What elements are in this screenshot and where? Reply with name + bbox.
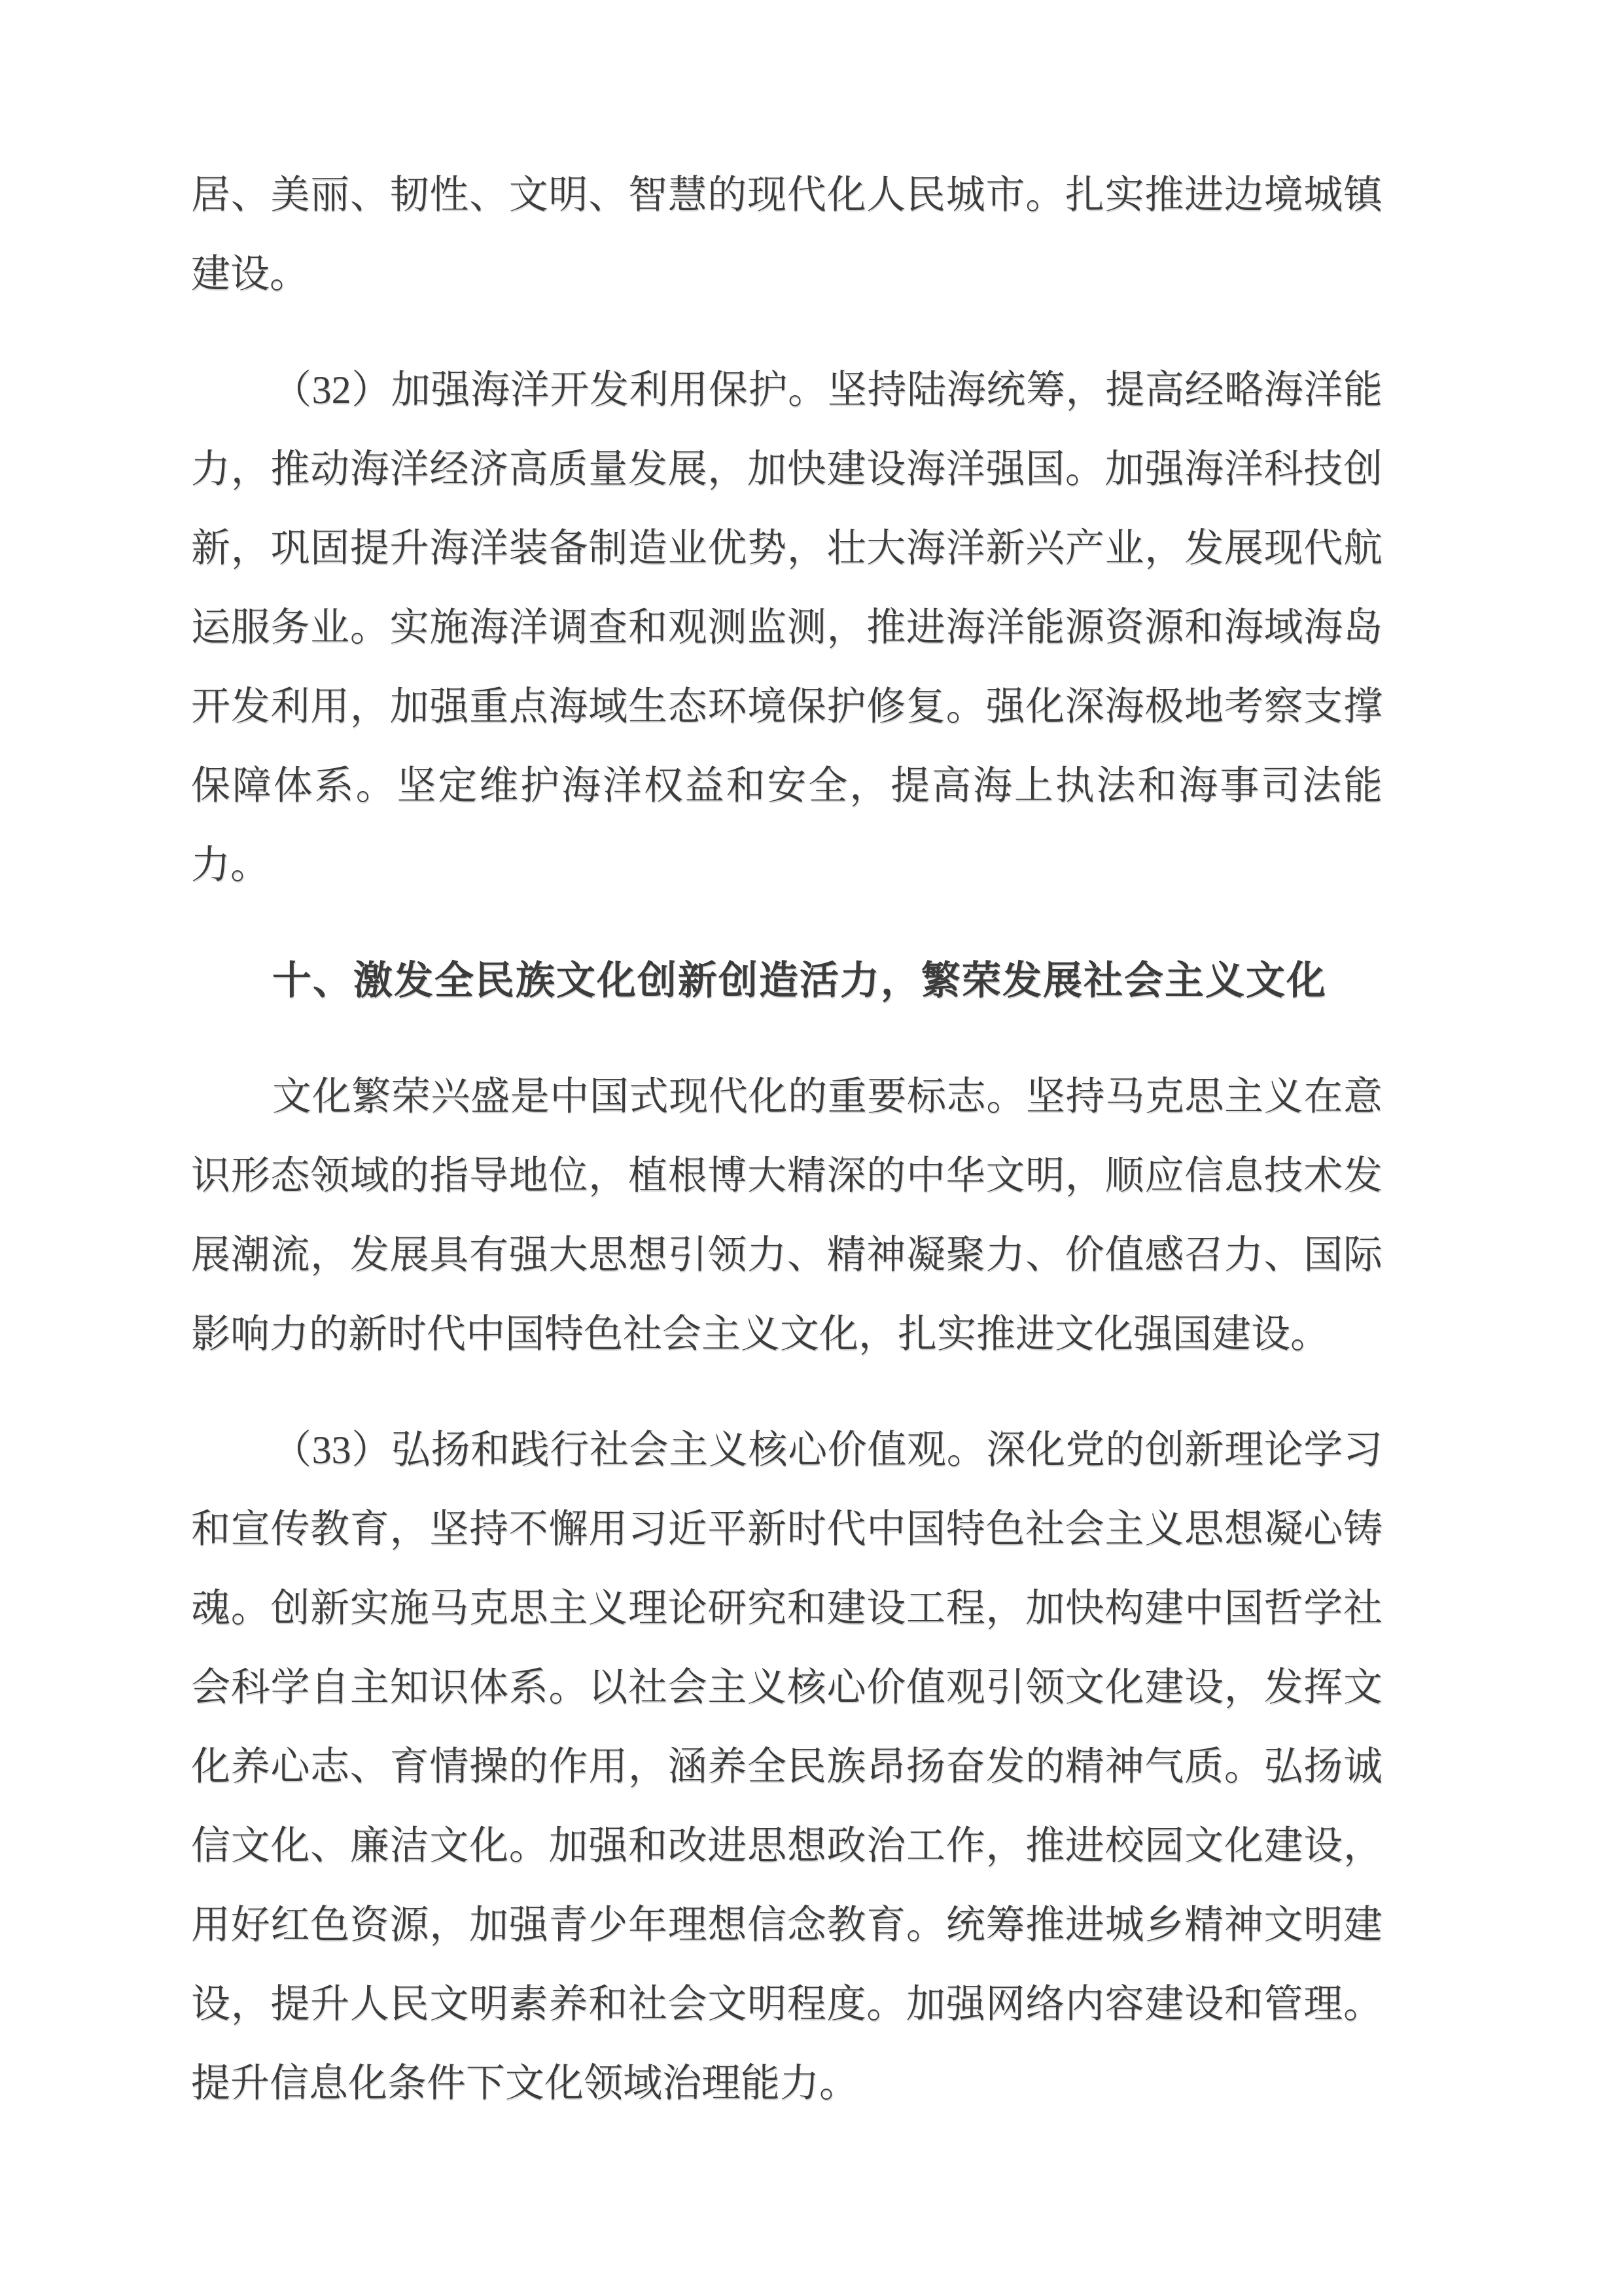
text-line: 新，巩固提升海洋装备制造业优势，壮大海洋新兴产业，发展现代航 [191,509,1383,588]
text-line: 十、激发全民族文化创新创造活力，繁荣发展社会主义文化 [191,942,1383,1021]
text-line: 用好红色资源，加强青少年理想信念教育。统筹推进城乡精神文明建 [191,1886,1383,1965]
text-line: 文化繁荣兴盛是中国式现代化的重要标志。坚持马克思主义在意 [191,1057,1383,1137]
text-line: 展潮流，发展具有强大思想引领力、精神凝聚力、价值感召力、国际 [191,1216,1383,1295]
section-heading: 十、激发全民族文化创新创造活力，繁荣发展社会主义文化 [191,942,1383,1021]
text-line: 魂。创新实施马克思主义理论研究和建设工程，加快构建中国哲学社 [191,1569,1383,1648]
paragraph: 文化繁荣兴盛是中国式现代化的重要标志。坚持马克思主义在意识形态领域的指导地位，植… [191,1057,1383,1374]
text-line: 会科学自主知识体系。以社会主义核心价值观引领文化建设，发挥文 [191,1648,1383,1727]
text-line: 识形态领域的指导地位，植根博大精深的中华文明，顺应信息技术发 [191,1137,1383,1216]
document-page: 居、美丽、韧性、文明、智慧的现代化人民城市。扎实推进边境城镇建设。（32）加强海… [0,0,1622,2296]
text-line: （32）加强海洋开发利用保护。坚持陆海统筹，提高经略海洋能 [191,351,1383,430]
text-line: 居、美丽、韧性、文明、智慧的现代化人民城市。扎实推进边境城镇 [191,156,1383,235]
text-line: 力。 [191,826,1383,905]
text-line: 设，提升人民文明素养和社会文明程度。加强网络内容建设和管理。 [191,1965,1383,2044]
text-line: 建设。 [191,235,1383,314]
text-line: 和宣传教育，坚持不懈用习近平新时代中国特色社会主义思想凝心铸 [191,1490,1383,1569]
text-line: 运服务业。实施海洋调查和观测监测，推进海洋能源资源和海域海岛 [191,588,1383,667]
text-line: 化养心志、育情操的作用，涵养全民族昂扬奋发的精神气质。弘扬诚 [191,1727,1383,1807]
text-line: 开发利用，加强重点海域生态环境保护修复。强化深海极地考察支撑 [191,667,1383,747]
text-line: 保障体系。坚定维护海洋权益和安全，提高海上执法和海事司法能 [191,747,1383,826]
paragraph: 居、美丽、韧性、文明、智慧的现代化人民城市。扎实推进边境城镇建设。 [191,156,1383,314]
paragraph: （32）加强海洋开发利用保护。坚持陆海统筹，提高经略海洋能力，推动海洋经济高质量… [191,351,1383,905]
text-line: 力，推动海洋经济高质量发展，加快建设海洋强国。加强海洋科技创 [191,430,1383,509]
text-line: 提升信息化条件下文化领域治理能力。 [191,2044,1383,2123]
text-line: 影响力的新时代中国特色社会主义文化，扎实推进文化强国建设。 [191,1295,1383,1374]
text-line: 信文化、廉洁文化。加强和改进思想政治工作，推进校园文化建设， [191,1807,1383,1886]
paragraph: （33）弘扬和践行社会主义核心价值观。深化党的创新理论学习和宣传教育，坚持不懈用… [191,1411,1383,2123]
document-text-block: 居、美丽、韧性、文明、智慧的现代化人民城市。扎实推进边境城镇建设。（32）加强海… [191,0,1383,2123]
text-line: （33）弘扬和践行社会主义核心价值观。深化党的创新理论学习 [191,1411,1383,1490]
